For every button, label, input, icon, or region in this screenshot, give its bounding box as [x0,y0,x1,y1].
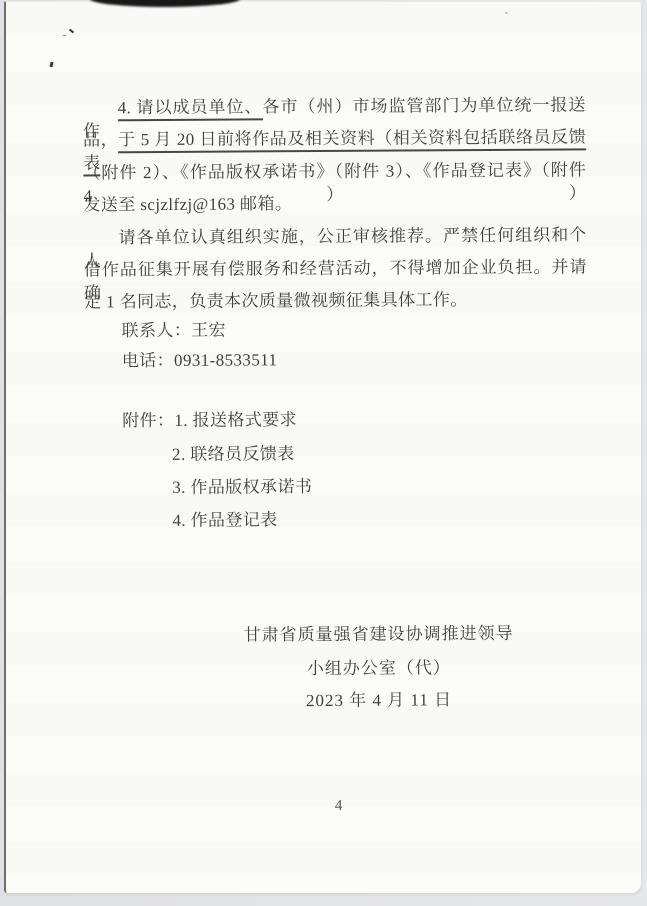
attachments-label: 附件： [122,411,174,430]
attachment-item: 2. 联络员反馈表 [172,444,295,464]
attachments-line-1: 附件：1. 报送格式要求 [85,406,626,432]
contact-phone-line: 电话：0931-8533511 [84,346,625,372]
attachments-line-4: 4. 作品登记表 [172,508,277,532]
contact-person-line: 联系人：王宏 [84,316,625,342]
signature-org-line1: 甘肃省质量强省建设协调推进领导 [196,622,561,647]
body-text: 品， [83,130,118,149]
page-number: 4 [87,793,590,819]
paragraph1-line4: 发送至 scjzlfzj@163 邮箱。 [83,190,586,216]
attachments-line-2: 2. 联络员反馈表 [172,442,295,466]
signature-org-line2: 小组办公室（代） [196,656,561,681]
contact-person: 联系人：王宏 [122,321,227,341]
contact-phone: 电话：0931-8533511 [122,350,278,370]
body-text: 发送至 scjzlfzj@163 邮箱。 [83,194,292,214]
page-number-text: 4 [335,798,343,814]
attachment-item: 4. 作品登记表 [172,510,277,530]
paragraph2-line3: 定 1 名同志，负责本次质量微视频征集具体工作。 [84,287,587,313]
attachment-item: 1. 报送格式要求 [174,410,297,430]
underlined-text: 4. 请以成员单位、 [118,97,263,121]
scanned-document-view: 4. 请以成员单位、各市（州）市场监管部门为单位统一报送作 品，于 5 月 20… [0,0,647,906]
attachment-item: 3. 作品版权承诺书 [172,477,312,497]
signature-date: 2023 年 4 月 11 日 [196,688,561,713]
signature-text: 甘肃省质量强省建设协调推进领导 [244,624,514,645]
signature-text: 小组办公室（代） [307,658,451,678]
body-text: 定 1 名同志，负责本次质量微视频征集具体工作。 [84,290,468,311]
document-text-layer: 4. 请以成员单位、各市（州）市场监管部门为单位统一报送作 品，于 5 月 20… [0,0,647,906]
signature-date-text: 2023 年 4 月 11 日 [306,690,452,710]
attachments-line-3: 3. 作品版权承诺书 [172,475,312,499]
